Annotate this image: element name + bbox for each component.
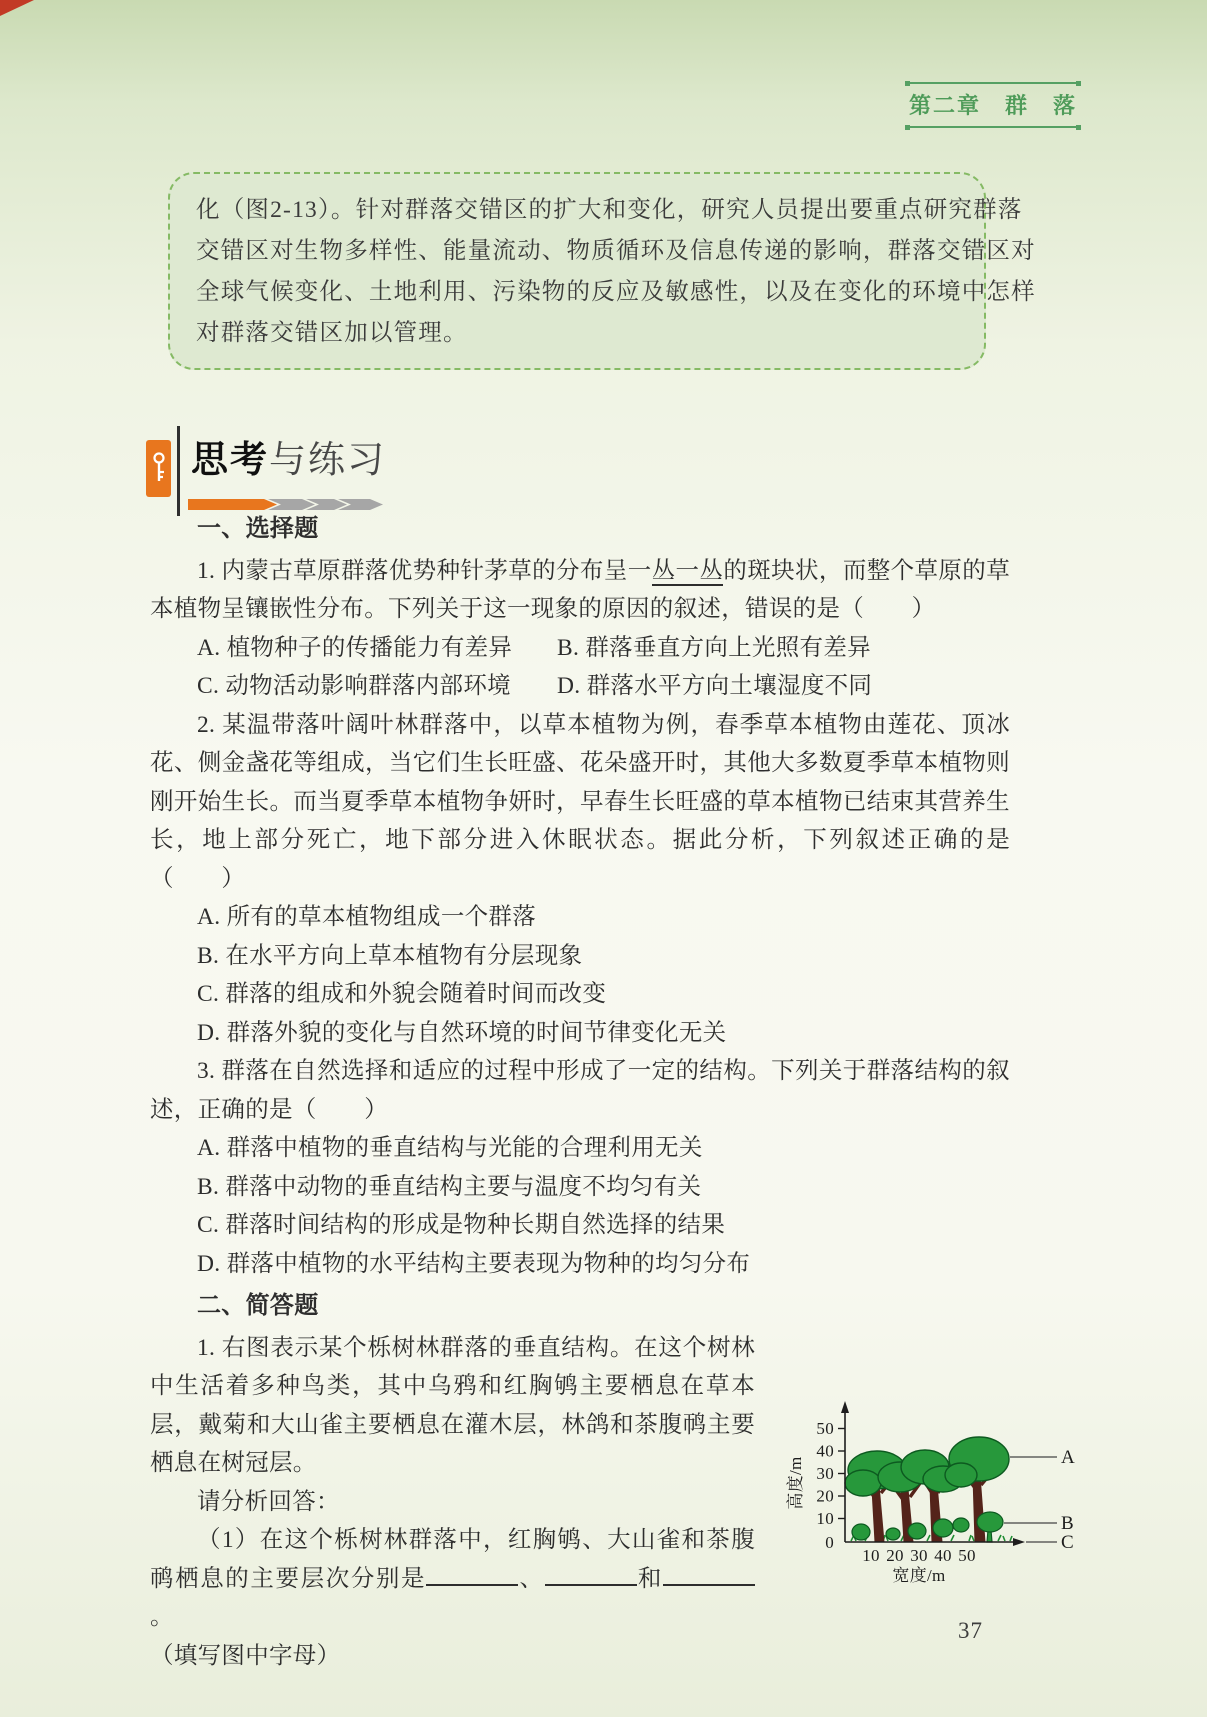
saq-period: 。 [150,1604,174,1630]
intro-line: 化（图2-13）。针对群落交错区的扩大和变化，研究人员提出要重点研究群落 [196,190,958,231]
y-tick-marks [838,1428,845,1518]
q2-option-b: B. 在水平方向上草本植物有分层现象 [150,937,1010,976]
callout-b-label: B [1061,1513,1074,1534]
q3-option-a: A. 群落中植物的垂直结构与光能的合理利用无关 [150,1129,1010,1168]
page-corner-mark [0,0,34,16]
answer-blank-2 [545,1561,637,1586]
y-tick-0: 0 [825,1533,834,1552]
exercise-title: 思考与练习 [191,432,386,488]
y-axis-label: 高度/m [786,1456,805,1509]
mcq-q2-stem: 2. 某温带落叶阔叶林群落中，以草本植物为例，春季草本植物由莲花、顶冰花、侧金盏… [150,706,1010,899]
q1-option-a: A. 植物种子的传播能力有差异 [197,629,557,668]
q2-option-d: D. 群落外貌的变化与自然环境的时间节律变化无关 [150,1014,1010,1053]
q3-option-d: D. 群落中植物的水平结构主要表现为物种的均匀分布 [150,1245,1010,1284]
mcq-q3-stem: 3. 群落在自然选择和适应的过程中形成了一定的结构。下列关于群落结构的叙述，正确… [150,1052,1010,1129]
orange-badge [146,440,171,497]
q1-stem-pre: 1. 内蒙古草原群落优势种针茅草的分布呈一 [197,558,652,584]
x-axis-label: 宽度/m [892,1566,945,1585]
tree-canopies [845,1437,1009,1496]
y-tick-10: 10 [816,1509,834,1528]
header-vertical-rule [177,426,180,516]
y-tick-40: 40 [816,1441,834,1460]
q1-option-c: C. 动物活动影响群落内部环境 [197,667,557,706]
q1-stem-underlined: 丛一丛 [652,558,724,586]
answer-blank-1 [426,1561,518,1586]
y-axis-arrow [841,1401,849,1413]
header-rule-bottom [908,126,1078,128]
mcq-q1-stem: 1. 内蒙古草原群落优势种针茅草的分布呈一丛一丛的斑块状，而整个草原的草本植物呈… [150,552,1010,629]
intro-line: 全球气候变化、土地利用、污染物的反应及敏感性，以及在变化的环境中怎样 [196,272,958,313]
saq-separator-2: 和 [637,1566,663,1592]
q2-option-a: A. 所有的草本植物组成一个群落 [150,898,1010,937]
q3-option-b: B. 群落中动物的垂直结构主要与温度不均匀有关 [150,1168,1010,1207]
saq-block: 0 10 20 30 40 50 10 20 30 40 50 高度/m 宽度/… [150,1329,1010,1676]
x-tick-30: 30 [910,1546,928,1565]
saq-note: （填写图中字母） [150,1637,1010,1676]
mcq-q2-options: A. 所有的草本植物组成一个群落 B. 在水平方向上草本植物有分层现象 C. 群… [150,898,1010,1052]
forest-layers-chart: 0 10 20 30 40 50 10 20 30 40 50 高度/m 宽度/… [765,1373,1095,1585]
intro-line: 交错区对生物多样性、能量流动、物质循环及信息传递的影响，群落交错区对 [196,231,958,272]
header-rule-top [908,82,1078,84]
x-tick-50: 50 [958,1546,976,1565]
intro-line: 对群落交错区加以管理。 [196,313,958,354]
exercise-title-bold: 思考 [191,439,269,480]
q2-option-c: C. 群落的组成和外貌会随着时间而改变 [150,975,1010,1014]
textbook-page: 第二章 群 落 化（图2-13）。针对群落交错区的扩大和变化，研究人员提出要重点… [0,0,1207,1717]
saq-separator-1: 、 [518,1566,544,1592]
y-tick-50: 50 [816,1419,834,1438]
mcq-heading: 一、选择题 [150,510,1010,549]
mcq-q1-options: A. 植物种子的传播能力有差异 B. 群落垂直方向上光照有差异 C. 动物活动影… [197,629,1010,706]
exercise-title-light: 与练习 [269,439,386,480]
callout-lines [1004,1457,1057,1542]
answer-blank-3 [663,1561,755,1586]
saq-heading: 二、简答题 [150,1287,1010,1326]
q3-option-c: C. 群落时间结构的形成是物种长期自然选择的结果 [150,1206,1010,1245]
chapter-running-head: 第二章 群 落 [906,82,1080,128]
ecotone-intro-box: 化（图2-13）。针对群落交错区的扩大和变化，研究人员提出要重点研究群落 交错区… [168,172,986,370]
page-number: 37 [958,1618,983,1644]
x-tick-40: 40 [934,1546,952,1565]
callout-c-label: C [1061,1532,1074,1553]
exercise-content: 一、选择题 1. 内蒙古草原群落优势种针茅草的分布呈一丛一丛的斑块状，而整个草原… [150,506,1010,1675]
q1-option-d: D. 群落水平方向土壤湿度不同 [557,667,1010,706]
x-tick-20: 20 [886,1546,904,1565]
vertical-structure-figure: 0 10 20 30 40 50 10 20 30 40 50 高度/m 宽度/… [765,1373,1095,1585]
mcq-q3-options: A. 群落中植物的垂直结构与光能的合理利用无关 B. 群落中动物的垂直结构主要与… [150,1129,1010,1283]
callout-a-label: A [1061,1447,1075,1468]
magnifier-key-icon [151,450,167,488]
x-axis-arrow [1013,1538,1025,1546]
chapter-title: 第二章 群 落 [906,84,1080,126]
y-tick-30: 30 [816,1464,834,1483]
q1-option-b: B. 群落垂直方向上光照有差异 [557,629,1010,668]
x-tick-10: 10 [862,1546,880,1565]
y-tick-20: 20 [816,1486,834,1505]
